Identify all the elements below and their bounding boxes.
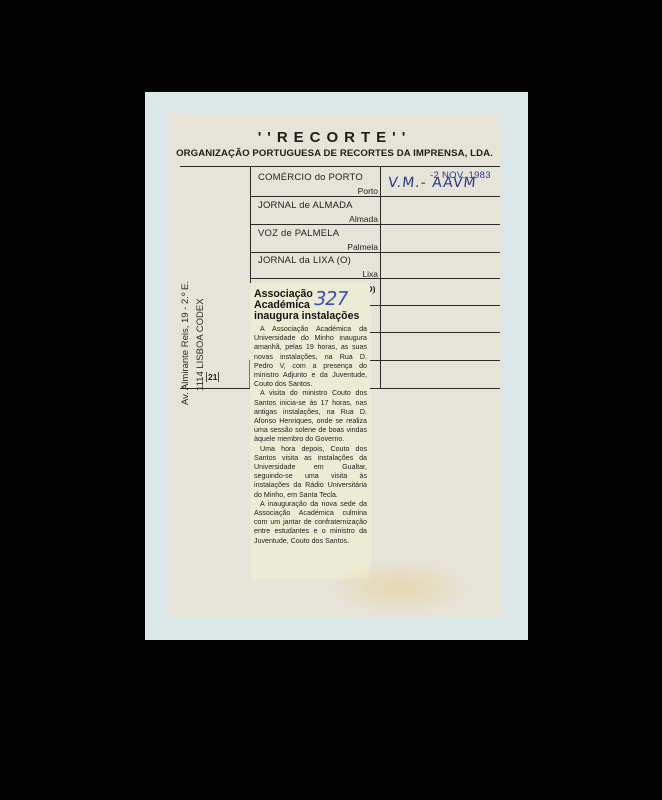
right-divider [380,166,381,388]
publication-name: VOZ de PALMELA [258,228,378,239]
publication-name: JORNAL de ALMADA [258,200,378,211]
publication-city: Palmela [258,242,378,252]
row-rule [370,332,500,333]
address-line-1: Av. Almirante Reis, 19 - 2.º E. [178,215,193,405]
row-rule [250,252,500,253]
headline-line: inaugura instalações [254,311,370,322]
row-rule [250,196,500,197]
publication-name: JORNAL da LIXA (O) [258,255,378,266]
agency-title: ''RECORTE'' [168,129,501,146]
row-rule [370,388,500,389]
publication-row: JORNAL da LIXA (O) Lixa [258,255,378,279]
publication-name: COMÉRCIO do PORTO [258,172,378,183]
clipping-paragraph: A inauguração da nova sede da Associação… [254,500,367,546]
publication-row: VOZ de PALMELA Palmela [258,228,378,252]
handwritten-clip-number: 327 [312,288,350,310]
clipping-body: A Associação Académica da Universidade d… [254,325,367,546]
handwritten-code: V.M.- AAVM [387,175,477,191]
left-divider [250,166,251,284]
row-rule [370,360,500,361]
paper-stain [330,560,470,615]
top-rule [180,166,500,167]
clipping-paragraph: A Associação Académica da Universidade d… [254,325,367,389]
page-number: 21 [206,372,219,382]
publication-city: Porto [258,186,378,196]
row-rule [370,305,500,306]
clipping-paragraph: A visita do ministro Couto dos Santos in… [254,389,367,444]
publication-city: Lixa [258,269,378,279]
publication-city: Almada [258,214,378,224]
row-rule [250,224,500,225]
agency-subtitle: ORGANIZAÇÃO PORTUGUESA DE RECORTES DA IM… [168,148,501,159]
publication-row: JORNAL de ALMADA Almada [258,200,378,224]
publication-row: COMÉRCIO do PORTO Porto [258,172,378,196]
clipping-paragraph: Uma hora depois, Couto dos Santos visita… [254,445,367,500]
